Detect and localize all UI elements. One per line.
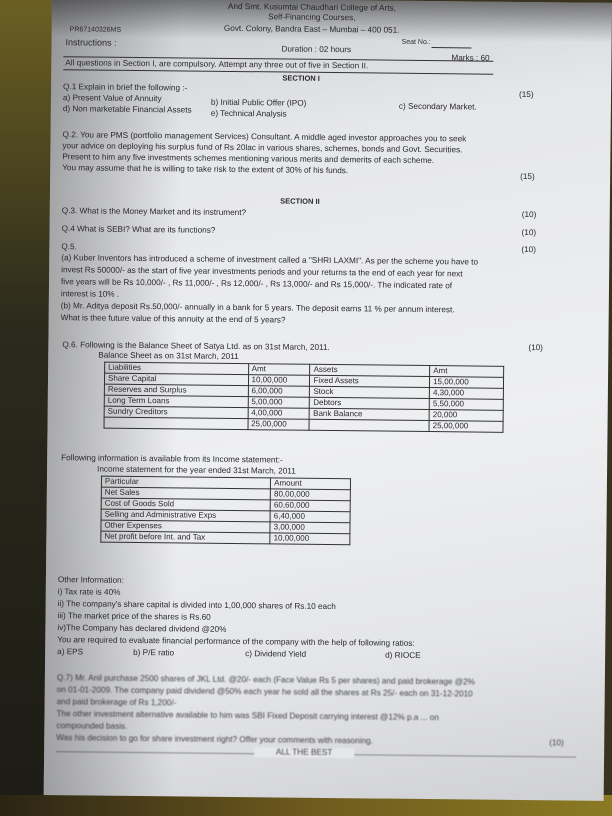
q1-item-e: e) Technical Analysis bbox=[211, 109, 287, 120]
bs-cell: Bank Balance bbox=[310, 408, 430, 420]
bs-cell: Amt bbox=[248, 364, 310, 376]
q5a-line-4: interest is 10% . bbox=[61, 289, 119, 300]
max-marks: Marks : 60 bbox=[451, 53, 489, 64]
bs-cell bbox=[309, 419, 429, 431]
q1-marks: (15) bbox=[519, 90, 534, 100]
q1-text: Q.1 Explain in brief the following :- bbox=[63, 82, 187, 94]
college-line-2: Self-Financing Courses, bbox=[182, 11, 442, 24]
is-cell: 60,60,000 bbox=[270, 500, 350, 512]
seat-no-label: Seat No.: bbox=[402, 39, 431, 48]
section-2-title: SECTION II bbox=[250, 196, 350, 206]
q7-line-6: Was his decision to go for share investm… bbox=[56, 733, 373, 747]
other-info-title: Other Information: bbox=[58, 575, 124, 586]
q5a-line-3: five years will be Rs 10,000/- , Rs 11,0… bbox=[61, 277, 452, 291]
bs-cell: Reserves and Surplus bbox=[104, 384, 248, 397]
ratio-c: c) Dividend Yield bbox=[245, 649, 306, 660]
bs-cell: Fixed Assets bbox=[310, 375, 430, 387]
income-statement-table: ParticularAmountNet Sales80,00,000Cost o… bbox=[100, 476, 351, 546]
other-info-2: ii) The company's share capital is divid… bbox=[58, 599, 336, 612]
bs-cell: 25,00,000 bbox=[429, 421, 503, 433]
bs-cell: 10,00,000 bbox=[248, 375, 310, 387]
bs-cell: 5,50,000 bbox=[429, 399, 503, 411]
bs-cell: Amt bbox=[430, 366, 504, 378]
is-cell: 3,00,000 bbox=[270, 522, 350, 534]
q1-item-a: a) Present Value of Annuity bbox=[63, 93, 162, 104]
bs-cell: Assets bbox=[310, 364, 430, 376]
q1-item-c: c) Secondary Market. bbox=[399, 102, 477, 113]
footer-text: ALL THE BEST bbox=[254, 747, 354, 758]
q2-marks: (15) bbox=[520, 172, 535, 182]
income-intro: Following information is available from … bbox=[61, 453, 283, 466]
ratio-d: d) RIOCE bbox=[385, 651, 421, 662]
college-line-3: Govt. Colony, Bandra East – Mumbai – 400… bbox=[182, 23, 442, 36]
is-cell: 10,00,000 bbox=[270, 533, 350, 545]
q2-line-4: You may assume that he is willing to tak… bbox=[62, 163, 348, 176]
bs-cell: 6,00,000 bbox=[248, 386, 310, 398]
bs-cell: Liabilities bbox=[105, 362, 249, 375]
q5b-line-2: What is thee future value of this annuit… bbox=[61, 313, 286, 326]
other-info-1: i) Tax rate is 40% bbox=[58, 587, 121, 598]
bs-cell: 5,00,000 bbox=[248, 397, 310, 409]
is-cell: 80,00,000 bbox=[270, 489, 350, 501]
bs-cell: 15,00,000 bbox=[430, 377, 504, 389]
is-cell: Net profit before Int. and Tax bbox=[101, 531, 270, 544]
section-1-title: SECTION I bbox=[251, 73, 351, 83]
q1-item-d: d) Non marketable Financial Assets bbox=[63, 104, 192, 116]
q3-marks: (10) bbox=[522, 210, 537, 220]
duration: Duration : 02 hours bbox=[281, 44, 351, 55]
q1-item-b: b) Initial Public Offer (IPO) bbox=[211, 98, 307, 109]
bs-cell: 4,00,000 bbox=[248, 408, 310, 420]
bs-cell: 20,000 bbox=[429, 410, 503, 422]
bs-cell: Long Term Loans bbox=[104, 395, 248, 408]
q3-text: Q.3. What is the Money Market and its in… bbox=[62, 206, 246, 218]
balance-sheet-title: Balance Sheet as on 31st March, 2011 bbox=[98, 351, 239, 363]
balance-sheet-table: LiabilitiesAmtAssetsAmtShare Capital10,0… bbox=[103, 362, 504, 433]
ratio-a: a) EPS bbox=[57, 647, 83, 658]
required-text: You are required to evaluate financial p… bbox=[57, 635, 415, 649]
bs-cell: Share Capital bbox=[104, 373, 248, 386]
q7-line-3: and paid brokerage of Rs 1,200/- bbox=[57, 697, 177, 709]
bs-cell: Sundry Creditors bbox=[104, 406, 248, 419]
bs-cell: 4,30,000 bbox=[429, 388, 503, 400]
is-row: Net profit before Int. and Tax10,00,000 bbox=[101, 531, 350, 545]
bs-cell: Stock bbox=[310, 386, 430, 398]
instructions-label: Instructions : bbox=[65, 37, 116, 49]
q7-marks: (10) bbox=[549, 738, 564, 748]
q5-marks: (10) bbox=[521, 245, 536, 255]
seat-no-blank bbox=[432, 47, 472, 48]
other-info-4: iv)The Company has declared dividend @20… bbox=[57, 623, 226, 635]
q7-line-5: compounded basis. bbox=[56, 721, 127, 732]
q4-marks: (10) bbox=[522, 228, 537, 238]
q4-text: Q.4 What is SEBI? What are its functions… bbox=[62, 224, 216, 236]
q5-label: Q.5. bbox=[61, 242, 77, 252]
is-cell: Amount bbox=[271, 478, 351, 490]
q6-marks: (10) bbox=[528, 343, 543, 353]
bs-cell bbox=[104, 417, 248, 430]
ratio-b: b) P/E ratio bbox=[133, 648, 174, 659]
exam-paper: And Smt. Kusumtai Chaudhari College of A… bbox=[44, 0, 612, 801]
is-cell: 6,40,000 bbox=[270, 511, 350, 523]
bs-cell: Debtors bbox=[310, 397, 430, 409]
other-info-3: iii) The market price of the shares is R… bbox=[57, 611, 210, 623]
bs-cell: 25,00,000 bbox=[248, 419, 310, 431]
paper-code: PR67140326MS bbox=[70, 26, 121, 35]
